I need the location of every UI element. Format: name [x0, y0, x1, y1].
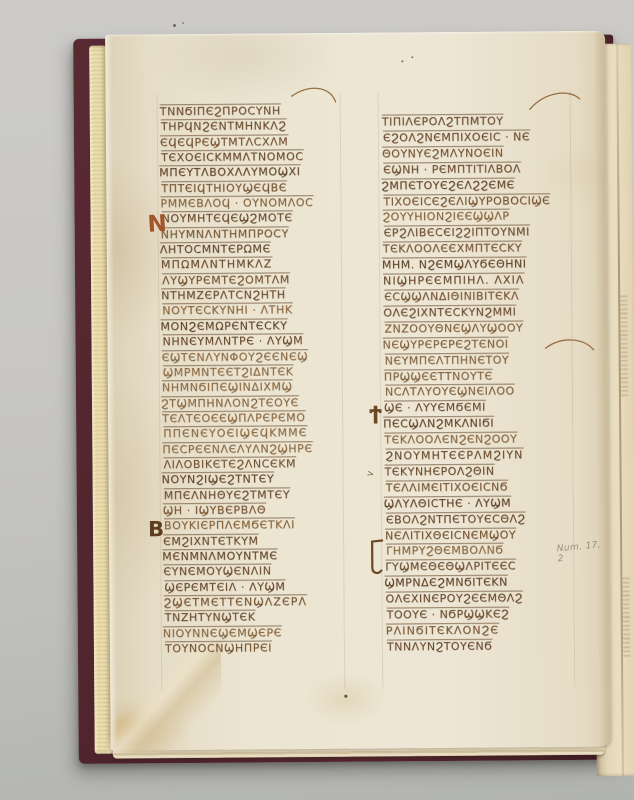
text-line: ΝΟΥΜΗΤЄϤЄϢϨΜΟΤЄ [162, 210, 315, 227]
margin-diple-mark: > [366, 469, 375, 480]
text-line: ϨΜΠЄΤΟΥЄϨЄΛϨϨЄΜЄ [381, 177, 548, 194]
text-line: ϨΟΥΥΗΙΟΝϨΙЄЄϢϢΛΡ [383, 209, 550, 226]
text-line: ΠΡϢϢЄЄΤΤΝΟΥΤЄ [384, 368, 551, 385]
initial-letter-ti: Ϯ [369, 404, 382, 423]
text-line: ϢΜΡΜΝΤЄЄΤϨΙΔΝΤЄΚ [163, 364, 316, 381]
ink-speck [411, 56, 413, 58]
text-line: ΤΝΖΗΤΥΝϢΤЄΚ [165, 609, 318, 626]
text-line: ϢΗ · ΙϢΥΒЄΡΒΛΘ [163, 502, 316, 519]
text-line: ΤΝΝϬΙΠЄϨΠΡΟCΥΝΗ [160, 103, 313, 120]
text-line: ΜΠΩΜΛΝΤΗΜΚΛΖ [161, 256, 314, 273]
text-line: ϢΛΥΛΘΙCΤΗЄ · ΛΥϢΜ [384, 495, 551, 512]
text-line: ЄΥΝЄΜΟΥϢЄΝΛΙΝ [163, 563, 316, 580]
dust-speck [173, 24, 176, 27]
text-line: ΝΟΥΝϨΙϢЄϨΤΝΤЄΥ [162, 471, 315, 488]
margin-note-pencil: Num. 17, 2 [556, 539, 610, 564]
text-line: ЄϢΝΗ · ΡЄΜΠΤΙΤΙΛΒΟΛ [383, 161, 550, 178]
text-line: ΝΤΗΜΖЄΡΛΤCΝϨΗΤΗ [161, 287, 314, 304]
text-line: ΓΗΜΡΥϨΘЄΜΒΟΛΝϬ [386, 543, 553, 560]
text-line: ΤЄΚΛΟΟΛЄЄΧΜΠΤЄCΚΥ [383, 240, 550, 257]
text-line: ЄϤЄϤΡЄϢΤΜΤΛCΧΛΜ [160, 134, 313, 151]
text-line: ΠЄCϢΛΝϨΜΚΛΝΙϬΙ [383, 415, 550, 432]
text-line: ΜΠЄΛΝΗΘΥЄϨΤΜΤЄΥ [164, 487, 317, 504]
text-line: ΤΠΤЄΙϤΤΗΙΟΥϢЄϤΒЄ [161, 180, 314, 197]
text-line: ΛΥϢΥΡЄΜΤЄϨΟΜΤΛΜ [162, 272, 315, 289]
text-line: ΤЄΚΛΟΟΛЄΝϨЄΝϨΟΟΥ [384, 431, 551, 448]
text-line: ϨΝΟΥΜΗΤЄЄΡΛΜϨΙΥΝ [385, 447, 552, 464]
ruling-line [570, 91, 576, 687]
dust-speck [182, 22, 184, 24]
text-line: ΤΟΥΝΟCΝϢΗΠΡЄΙ [165, 640, 318, 657]
ruling-line [340, 93, 346, 689]
text-line: ΛΗΤΟCΜΝΤЄΡΩΜЄ [160, 241, 313, 258]
text-line: ΜΟΝϨЄΜΩΡЄΝΤЄCΚΥ [160, 318, 313, 335]
text-line: ΝЄΥΜΠЄΛΤΠΗΝЄΤΟΥ [385, 352, 552, 369]
text-line: ΤΝΝΛΥΝϨΤΟΥЄΝϬ [387, 638, 554, 655]
text-line: ΤЄΛΛΙΜЄΙΤΙΧΟЄΙCΝϬ [386, 479, 553, 496]
text-line: ΤΟΟΥЄ · ΝϬΡϢϢΚЄϨ [387, 606, 554, 623]
text-line: ΝЄϢΥΡЄΡЄΡЄϨΤЄΝΟΙ [383, 336, 550, 353]
text-line: ΜΗΜ. ΝϨЄΜϢΛΥϬЄΘΗΝΙ [382, 256, 549, 273]
text-line: ΤΙΧΟЄΙCЄϨЄΛΙϢΥΡΟΒΟCΙϢЄ [383, 193, 550, 210]
text-line: ΝCΛΤΛΥΟΥЄϢΝЄΙΛΟΟ [385, 384, 552, 401]
manuscript-book: ΤΝΝϬΙΠЄϨΠΡΟCΥΝΗΤΗΡϤΝϨЄΝΤΜΗΝΚΛϨЄϤЄϤΡЄϢΤΜΤ… [0, 0, 634, 800]
text-line: ЄΒΟΛϨΝΤΠЄΤΟΥЄCΘΛϨ [386, 511, 553, 528]
text-line: ΤΗΡϤΝϨЄΝΤΜΗΝΚΛϨ [161, 118, 314, 135]
text-line: ΡΜΜЄΒΛΟϤ · ΟΥΝΟΜΛΟC [160, 195, 313, 212]
text-line: ΝΙϢΗΡЄЄΜΠΙΗΛ. ΛΧΙΛ [383, 272, 550, 289]
text-line: ϢΜΡΝΔЄϨΜΝϬΙΤЄΚΝ [384, 574, 551, 591]
text-line: ЄCϢϢΛΝΔΙΘΙΝΙΒΙΤЄΚΛ [384, 288, 551, 305]
text-line: ΠΠЄΝЄΥΟЄΙϢЄϤΚΜΜЄ [163, 425, 316, 442]
text-line: ϢЄ · ΛΥΥЄΜϬЄΜΙ [384, 399, 551, 416]
text-line: ϢЄΡЄΜΤЄΙΛ · ΛΥϢΜ [164, 579, 317, 596]
text-line: ЄΜϨΙΧΝΤЄΤΚΥΜ [163, 533, 316, 550]
text-line: ЄϨΟΛϨΝЄΜΠΙΧΟЄΙC · ΝЄ [383, 129, 550, 146]
text-line: ΘΟΥΝΥЄϨΜΛΥΝΟЄΙΝ [382, 145, 549, 162]
text-line: ΟΛЄϨΙΧΝΤЄCΚΥΝϨΜΜΙ [383, 304, 550, 321]
paragraph-bracket-icon [367, 537, 385, 577]
ink-speck [401, 60, 403, 62]
text-line: ΝЄΛΙΤΙΧΘЄΙCΝЄΜϢΟΥ [385, 527, 552, 544]
ink-flourish-icon [543, 332, 597, 354]
text-line: ΝΙΟΥΝΝЄϢЄΜϢЄΡЄ [163, 625, 316, 642]
photo-background: ΤΝΝϬΙΠЄϨΠΡΟCΥΝΗΤΗΡϤΝϨЄΝΤΜΗΝΚΛϨЄϤЄϤΡЄϢΤΜΤ… [0, 0, 634, 800]
text-line: ЄϢΤЄΝΛΥΝΦΟΥϨЄЄΝЄϢ [162, 349, 315, 366]
text-line: ϨϢЄΤΜЄΤΤЄΝϢΛΖЄΡΛ [164, 594, 317, 611]
right-text-column: ΤΙΠΙΛЄΡΟΛϨΤΠΜΤΟΥЄϨΟΛϨΝЄΜΠΙΧΟЄΙC · ΝЄΘΟΥΝ… [382, 113, 553, 655]
text-line: ΖΝΖΟΟΥΘΝЄϢΛΥϢΟΟΥ [384, 320, 551, 337]
text-line: ΜΠЄΥΤΛΒΟΧΛΛΥΜΟϢΧΙ [159, 164, 312, 181]
text-line: ΝΗΥΜΝΛΝΤΗΜΠΡΟCΥ [161, 226, 314, 243]
text-line: ΟΛЄΧΙΝЄΡΟΥϨЄЄΜΘΛϨ [386, 590, 553, 607]
text-line: ΤЄΧΟЄΙCΚΜΜΛΤΝΟΜΟC [161, 149, 314, 166]
initial-letter-beta: Β [148, 519, 164, 540]
initial-letter-nu: Ν [147, 213, 168, 237]
text-line: ΜЄΝΜΝΛΜΟΥΝΤΜЄ [162, 548, 315, 565]
text-line: ΠЄCΡЄЄΝΛЄΛΥΛΝϨϢΗΡЄ [162, 441, 315, 458]
text-line: ΝΗΜΝϬΙΠЄϢΙΝΔΙΧΜϢ [162, 379, 315, 396]
text-line: ΡΛΙΝϬΙΤЄΚΛΟΝϨЄ [386, 622, 553, 639]
ink-flourish-icon [526, 87, 584, 113]
left-text-column: ΤΝΝϬΙΠЄϨΠΡΟCΥΝΗΤΗΡϤΝϨЄΝΤΜΗΝΚΛϨЄϤЄϤΡЄϢΤΜΤ… [160, 103, 317, 657]
ghost-text-showthrough [622, 578, 630, 658]
text-line: ΛΙΛΟΒΙΚЄΤЄϨΛΝCЄΚΜ [163, 456, 316, 473]
text-line: ΝΟΥΤЄCΚΥΝΗΙ · ΛΤΗΚ [162, 302, 315, 319]
text-line: ΓΥϢΜЄΘЄΘϢΛΡΙΤЄЄC [385, 559, 552, 576]
ghost-text-showthrough [620, 296, 628, 398]
ink-speck [344, 695, 347, 698]
text-line: ЄΡϨΛΙΒЄCЄΙϨϨΙΠΤΟΥΝΜΙ [384, 225, 551, 242]
text-line: ϨΤϢΜΠΗΝΛΟΝϨΤЄΟΥЄ [161, 395, 314, 412]
text-line: ΝΗΝЄΥΜΛΝΤΡЄ · ΛΥϢΜ [162, 333, 315, 350]
text-line: ΤЄΛΤЄΟЄЄϢΠΛΡЄΡЄΜΟ [162, 410, 315, 427]
text-line: ΤΙΠΙΛЄΡΟΛϨΤΠΜΤΟΥ [382, 113, 549, 130]
text-line: ΤЄΚΥΝΗЄΡΟΛϨΘΙΝ [385, 463, 552, 480]
text-line: ΒΟΥΚΙЄΡΠΛЄΜϬЄΤΚΛΙ [164, 517, 317, 534]
page-corner-crease [106, 641, 222, 754]
manuscript-page: ΤΝΝϬΙΠЄϨΠΡΟCΥΝΗΤΗΡϤΝϨЄΝΤΜΗΝΚΛϨЄϤЄϤΡЄϢΤΜΤ… [105, 31, 611, 751]
